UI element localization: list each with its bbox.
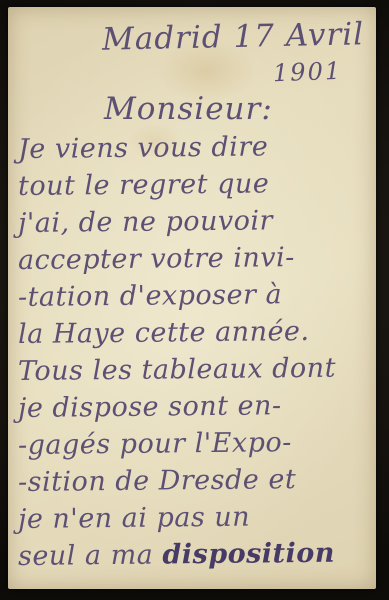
photo-background: Madrid 17 Avril 1901 Monsieur: Je viens … (0, 0, 389, 600)
letter-line: je dispose sont en- (18, 386, 372, 427)
letter-paper: Madrid 17 Avril 1901 Monsieur: Je viens … (8, 7, 376, 589)
letter-line: j'ai, de ne pouvoir (18, 201, 372, 242)
letter-final-line: seul a ma disposition (18, 534, 372, 575)
letter-line: je n'en ai pas un (18, 497, 372, 538)
letter-line: Je viens vous dire (18, 127, 372, 168)
letter-line: -gagés pour l'Expo- (18, 423, 372, 464)
letter-salutation: Monsieur: (104, 91, 273, 127)
letter-year: 1901 (272, 57, 342, 87)
letter-line: accepter votre invi- (18, 238, 372, 279)
letter-line: -tation d'exposer à (18, 275, 372, 316)
letter-line: Tous les tableaux dont (18, 349, 372, 390)
letter-body: Je viens vous dire tout le regret que j'… (18, 131, 372, 575)
letter-line: tout le regret que (18, 164, 372, 205)
letter-line: la Haye cette année. (18, 312, 372, 353)
letter-dateline: Madrid 17 Avril (102, 16, 365, 57)
letter-line: -sition de Dresde et (18, 460, 372, 501)
final-line-emphasis: disposition (162, 538, 335, 571)
final-line-prefix: seul a ma (18, 539, 163, 572)
